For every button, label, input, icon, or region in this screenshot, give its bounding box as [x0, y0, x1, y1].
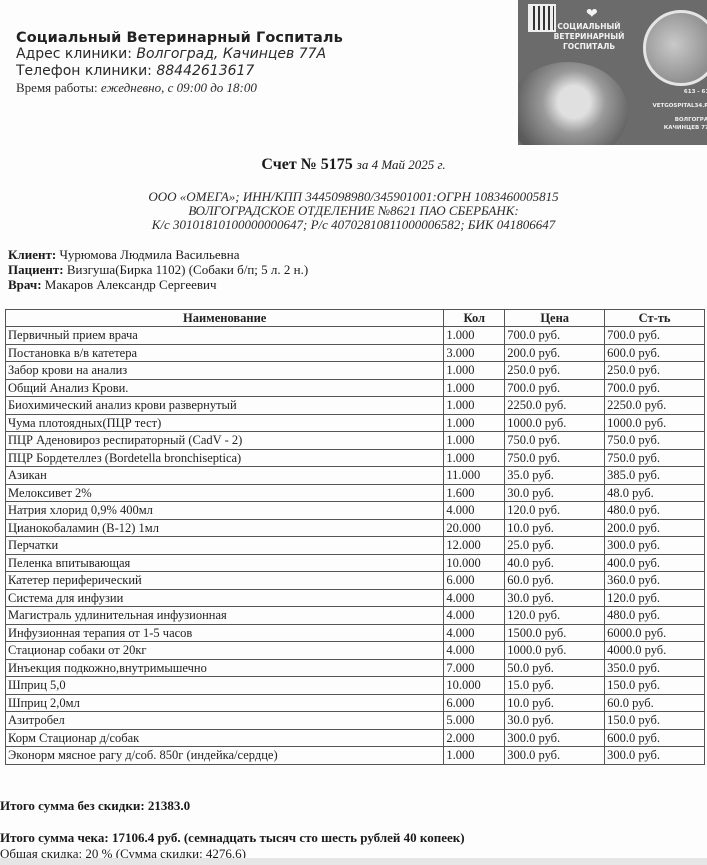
banner-site: VETGOSPITAL34.RU	[643, 102, 707, 110]
item-price: 1000.0 руб.	[505, 642, 605, 660]
total-label: Итого сумма чека:	[0, 830, 112, 845]
company-requisites: ООО «ОМЕГА»; ИНН/КПП 3445098980/34590100…	[0, 190, 707, 232]
item-name: ПЦР Бордетеллез (Bordetella bronchisepti…	[6, 449, 444, 467]
table-row: Пеленка впитывающая10.00040.0 руб.400.0 …	[6, 554, 705, 572]
item-qty: 6.000	[444, 572, 505, 590]
item-sum: 360.0 руб.	[605, 572, 705, 590]
item-name: Инфузионная терапия от 1-5 часов	[6, 624, 444, 642]
table-row: Постановка в/в катетера3.000200.0 руб.60…	[6, 344, 705, 362]
items-table: Наименование Кол Цена Ст-ть Первичный пр…	[5, 309, 705, 765]
item-qty: 1.000	[444, 397, 505, 415]
item-sum: 600.0 руб.	[605, 729, 705, 747]
item-qty: 1.000	[444, 379, 505, 397]
banner-info: 613 - 617 VETGOSPITAL34.RU ВОЛГОГРАД КАЧ…	[643, 88, 707, 138]
doctor-value: Макаров Александр Сергеевич	[45, 277, 217, 292]
requisites-line-3: К/с 30101810100000000647; Р/с 4070281081…	[0, 218, 707, 232]
item-qty: 4.000	[444, 624, 505, 642]
item-qty: 1.000	[444, 362, 505, 380]
table-row: Чума плотоядных(ПЦР тест)1.0001000.0 руб…	[6, 414, 705, 432]
item-sum: 48.0 руб.	[605, 484, 705, 502]
item-qty: 3.000	[444, 344, 505, 362]
item-price: 60.0 руб.	[505, 572, 605, 590]
item-price: 30.0 руб.	[505, 589, 605, 607]
hours-label: Время работы:	[16, 80, 101, 95]
item-name: Азикан	[6, 467, 444, 485]
doctor-label: Врач:	[8, 277, 45, 292]
item-name: Первичный прием врача	[6, 327, 444, 345]
item-sum: 2250.0 руб.	[605, 397, 705, 415]
item-sum: 750.0 руб.	[605, 449, 705, 467]
item-name: Забор крови на анализ	[6, 362, 444, 380]
item-name: Биохимический анализ крови развернутый	[6, 397, 444, 415]
table-row: Азитробел5.00030.0 руб.150.0 руб.	[6, 712, 705, 730]
item-sum: 300.0 руб.	[605, 537, 705, 555]
item-qty: 5.000	[444, 712, 505, 730]
item-sum: 60.0 руб.	[605, 694, 705, 712]
phone-value: 88442613617	[156, 63, 254, 79]
address-label: Адрес клиники:	[16, 46, 136, 62]
item-sum: 150.0 руб.	[605, 677, 705, 695]
clinic-header: Социальный Ветеринарный Госпиталь Адрес …	[16, 30, 343, 96]
item-qty: 10.000	[444, 677, 505, 695]
item-name: Мелоксивет 2%	[6, 484, 444, 502]
item-name: Инъекция подкожно,внутримышечно	[6, 659, 444, 677]
client-line: Клиент: Чурюмова Людмила Васильевна	[8, 247, 308, 262]
item-price: 250.0 руб.	[505, 362, 605, 380]
item-qty: 4.000	[444, 642, 505, 660]
invoice-meta: Клиент: Чурюмова Людмила Васильевна Паци…	[8, 247, 308, 292]
item-price: 50.0 руб.	[505, 659, 605, 677]
table-row: Корм Стационар д/собак2.000300.0 руб.600…	[6, 729, 705, 747]
item-name: Стационар собаки от 20кг	[6, 642, 444, 660]
table-row: Шприц 2,0мл6.00010.0 руб.60.0 руб.	[6, 694, 705, 712]
item-sum: 4000.0 руб.	[605, 642, 705, 660]
hours-value: ежедневно, с 09:00 до 18:00	[101, 80, 257, 95]
item-price: 700.0 руб.	[505, 327, 605, 345]
item-qty: 4.000	[444, 589, 505, 607]
page-edge	[0, 858, 707, 865]
item-price: 300.0 руб.	[505, 729, 605, 747]
item-sum: 350.0 руб.	[605, 659, 705, 677]
doctor-line: Врач: Макаров Александр Сергеевич	[8, 277, 308, 292]
item-sum: 700.0 руб.	[605, 379, 705, 397]
banner-title: СОЦИАЛЬНЫЙ ВЕТЕРИНАРНЫЙ ГОСПИТАЛЬ	[544, 22, 634, 52]
item-price: 35.0 руб.	[505, 467, 605, 485]
item-price: 750.0 руб.	[505, 449, 605, 467]
item-qty: 12.000	[444, 537, 505, 555]
item-qty: 4.000	[444, 607, 505, 625]
item-sum: 385.0 руб.	[605, 467, 705, 485]
item-qty: 2.000	[444, 729, 505, 747]
item-price: 120.0 руб.	[505, 607, 605, 625]
subtotal-line: Итого сумма без скидки: 21383.0	[0, 798, 465, 814]
table-row: Шприц 5,010.00015.0 руб.150.0 руб.	[6, 677, 705, 695]
item-sum: 480.0 руб.	[605, 607, 705, 625]
subtotal-label: Итого сумма без скидки:	[0, 798, 148, 813]
item-name: Цианокобаламин (B-12) 1мл	[6, 519, 444, 537]
item-name: Магистраль удлинительная инфузионная	[6, 607, 444, 625]
clinic-address: Адрес клиники: Волгоград, Качинцев 77А	[16, 46, 343, 63]
table-row: Забор крови на анализ1.000250.0 руб.250.…	[6, 362, 705, 380]
table-row: Инфузионная терапия от 1-5 часов4.000150…	[6, 624, 705, 642]
table-row: Натрия хлорид 0,9% 400мл4.000120.0 руб.4…	[6, 502, 705, 520]
table-row: Первичный прием врача1.000700.0 руб.700.…	[6, 327, 705, 345]
table-row: Биохимический анализ крови развернутый1.…	[6, 397, 705, 415]
item-qty: 1.000	[444, 414, 505, 432]
item-name: Натрия хлорид 0,9% 400мл	[6, 502, 444, 520]
item-price: 30.0 руб.	[505, 712, 605, 730]
clinic-banner-image: ❤ СОЦИАЛЬНЫЙ ВЕТЕРИНАРНЫЙ ГОСПИТАЛЬ 613 …	[518, 0, 707, 145]
item-name: Пеленка впитывающая	[6, 554, 444, 572]
cat-photo	[643, 10, 707, 86]
item-qty: 1.000	[444, 747, 505, 765]
item-qty: 1.000	[444, 449, 505, 467]
item-name: Система для инфузии	[6, 589, 444, 607]
item-qty: 4.000	[444, 502, 505, 520]
item-qty: 6.000	[444, 694, 505, 712]
item-sum: 250.0 руб.	[605, 362, 705, 380]
table-row: ПЦР Аденовироз респираторный (CadV - 2)1…	[6, 432, 705, 450]
item-sum: 200.0 руб.	[605, 519, 705, 537]
table-row: Система для инфузии4.00030.0 руб.120.0 р…	[6, 589, 705, 607]
item-qty: 10.000	[444, 554, 505, 572]
table-row: Эконорм мясное рагу д/соб. 850г (индейка…	[6, 747, 705, 765]
total-line: Итого сумма чека: 17106.4 руб. (семнадца…	[0, 830, 465, 846]
item-sum: 600.0 руб.	[605, 344, 705, 362]
item-qty: 20.000	[444, 519, 505, 537]
item-price: 15.0 руб.	[505, 677, 605, 695]
table-row: Мелоксивет 2%1.60030.0 руб.48.0 руб.	[6, 484, 705, 502]
patient-line: Пациент: Визгуша(Бирка 1102) (Собаки б/п…	[8, 262, 308, 277]
table-row: Катетер периферический6.00060.0 руб.360.…	[6, 572, 705, 590]
item-sum: 6000.0 руб.	[605, 624, 705, 642]
item-price: 750.0 руб.	[505, 432, 605, 450]
patient-value: Визгуша(Бирка 1102) (Собаки б/п; 5 л. 2 …	[67, 262, 308, 277]
client-label: Клиент:	[8, 247, 59, 262]
table-row: Перчатки12.00025.0 руб.300.0 руб.	[6, 537, 705, 555]
dog-photo	[518, 62, 628, 145]
item-qty: 1.000	[444, 432, 505, 450]
invoice-title: Счет № 5175 за 4 Май 2025 г.	[0, 156, 707, 174]
item-name: Шприц 2,0мл	[6, 694, 444, 712]
header-sum: Ст-ть	[605, 310, 705, 327]
item-price: 1000.0 руб.	[505, 414, 605, 432]
table-row: Цианокобаламин (B-12) 1мл20.00010.0 руб.…	[6, 519, 705, 537]
header-name: Наименование	[6, 310, 444, 327]
item-sum: 300.0 руб.	[605, 747, 705, 765]
table-row: Стационар собаки от 20кг4.0001000.0 руб.…	[6, 642, 705, 660]
item-name: Общий Анализ Крови.	[6, 379, 444, 397]
item-sum: 480.0 руб.	[605, 502, 705, 520]
item-qty: 11.000	[444, 467, 505, 485]
item-name: Чума плотоядных(ПЦР тест)	[6, 414, 444, 432]
address-value: Волгоград, Качинцев 77А	[136, 46, 326, 62]
item-sum: 700.0 руб.	[605, 327, 705, 345]
phone-label: Телефон клиники:	[16, 63, 156, 79]
invoice-number: Счет № 5175	[261, 156, 352, 173]
item-price: 2250.0 руб.	[505, 397, 605, 415]
item-qty: 1.600	[444, 484, 505, 502]
banner-phone: 613 - 617	[643, 88, 707, 96]
item-price: 30.0 руб.	[505, 484, 605, 502]
item-name: Перчатки	[6, 537, 444, 555]
item-name: Шприц 5,0	[6, 677, 444, 695]
table-row: Инъекция подкожно,внутримышечно7.00050.0…	[6, 659, 705, 677]
item-name: Эконорм мясное рагу д/соб. 850г (индейка…	[6, 747, 444, 765]
totals: Итого сумма без скидки: 21383.0 Итого су…	[0, 798, 465, 862]
patient-label: Пациент:	[8, 262, 67, 277]
subtotal-value: 21383.0	[148, 798, 190, 813]
item-sum: 400.0 руб.	[605, 554, 705, 572]
item-price: 700.0 руб.	[505, 379, 605, 397]
item-sum: 120.0 руб.	[605, 589, 705, 607]
item-price: 40.0 руб.	[505, 554, 605, 572]
item-price: 300.0 руб.	[505, 747, 605, 765]
item-sum: 750.0 руб.	[605, 432, 705, 450]
table-row: Магистраль удлинительная инфузионная4.00…	[6, 607, 705, 625]
item-sum: 150.0 руб.	[605, 712, 705, 730]
banner-address: ВОЛГОГРАД КАЧИНЦЕВ 77А	[643, 116, 707, 132]
item-price: 120.0 руб.	[505, 502, 605, 520]
table-row: Общий Анализ Крови.1.000700.0 руб.700.0 …	[6, 379, 705, 397]
client-value: Чурюмова Людмила Васильевна	[59, 247, 239, 262]
item-sum: 1000.0 руб.	[605, 414, 705, 432]
item-name: ПЦР Аденовироз респираторный (CadV - 2)	[6, 432, 444, 450]
requisites-line-2: ВОЛГОГРАДСКОЕ ОТДЕЛЕНИЕ №8621 ПАО СБЕРБА…	[0, 204, 707, 218]
header-price: Цена	[505, 310, 605, 327]
item-price: 200.0 руб.	[505, 344, 605, 362]
item-name: Катетер периферический	[6, 572, 444, 590]
invoice-date: за 4 Май 2025 г.	[357, 157, 446, 172]
header-qty: Кол	[444, 310, 505, 327]
total-value: 17106.4 руб. (семнадцать тысяч сто шесть…	[112, 830, 465, 845]
table-row: ПЦР Бордетеллез (Bordetella bronchisepti…	[6, 449, 705, 467]
item-price: 10.0 руб.	[505, 519, 605, 537]
item-price: 10.0 руб.	[505, 694, 605, 712]
item-price: 25.0 руб.	[505, 537, 605, 555]
item-name: Азитробел	[6, 712, 444, 730]
table-row: Азикан11.00035.0 руб.385.0 руб.	[6, 467, 705, 485]
requisites-line-1: ООО «ОМЕГА»; ИНН/КПП 3445098980/34590100…	[0, 190, 707, 204]
item-qty: 1.000	[444, 327, 505, 345]
item-name: Корм Стационар д/собак	[6, 729, 444, 747]
clinic-phone: Телефон клиники: 88442613617	[16, 63, 343, 80]
heart-logo-icon: ❤	[586, 6, 598, 23]
clinic-name: Социальный Ветеринарный Госпиталь	[16, 30, 343, 46]
table-header-row: Наименование Кол Цена Ст-ть	[6, 310, 705, 327]
clinic-hours: Время работы: ежедневно, с 09:00 до 18:0…	[16, 80, 343, 96]
item-price: 1500.0 руб.	[505, 624, 605, 642]
item-qty: 7.000	[444, 659, 505, 677]
item-name: Постановка в/в катетера	[6, 344, 444, 362]
